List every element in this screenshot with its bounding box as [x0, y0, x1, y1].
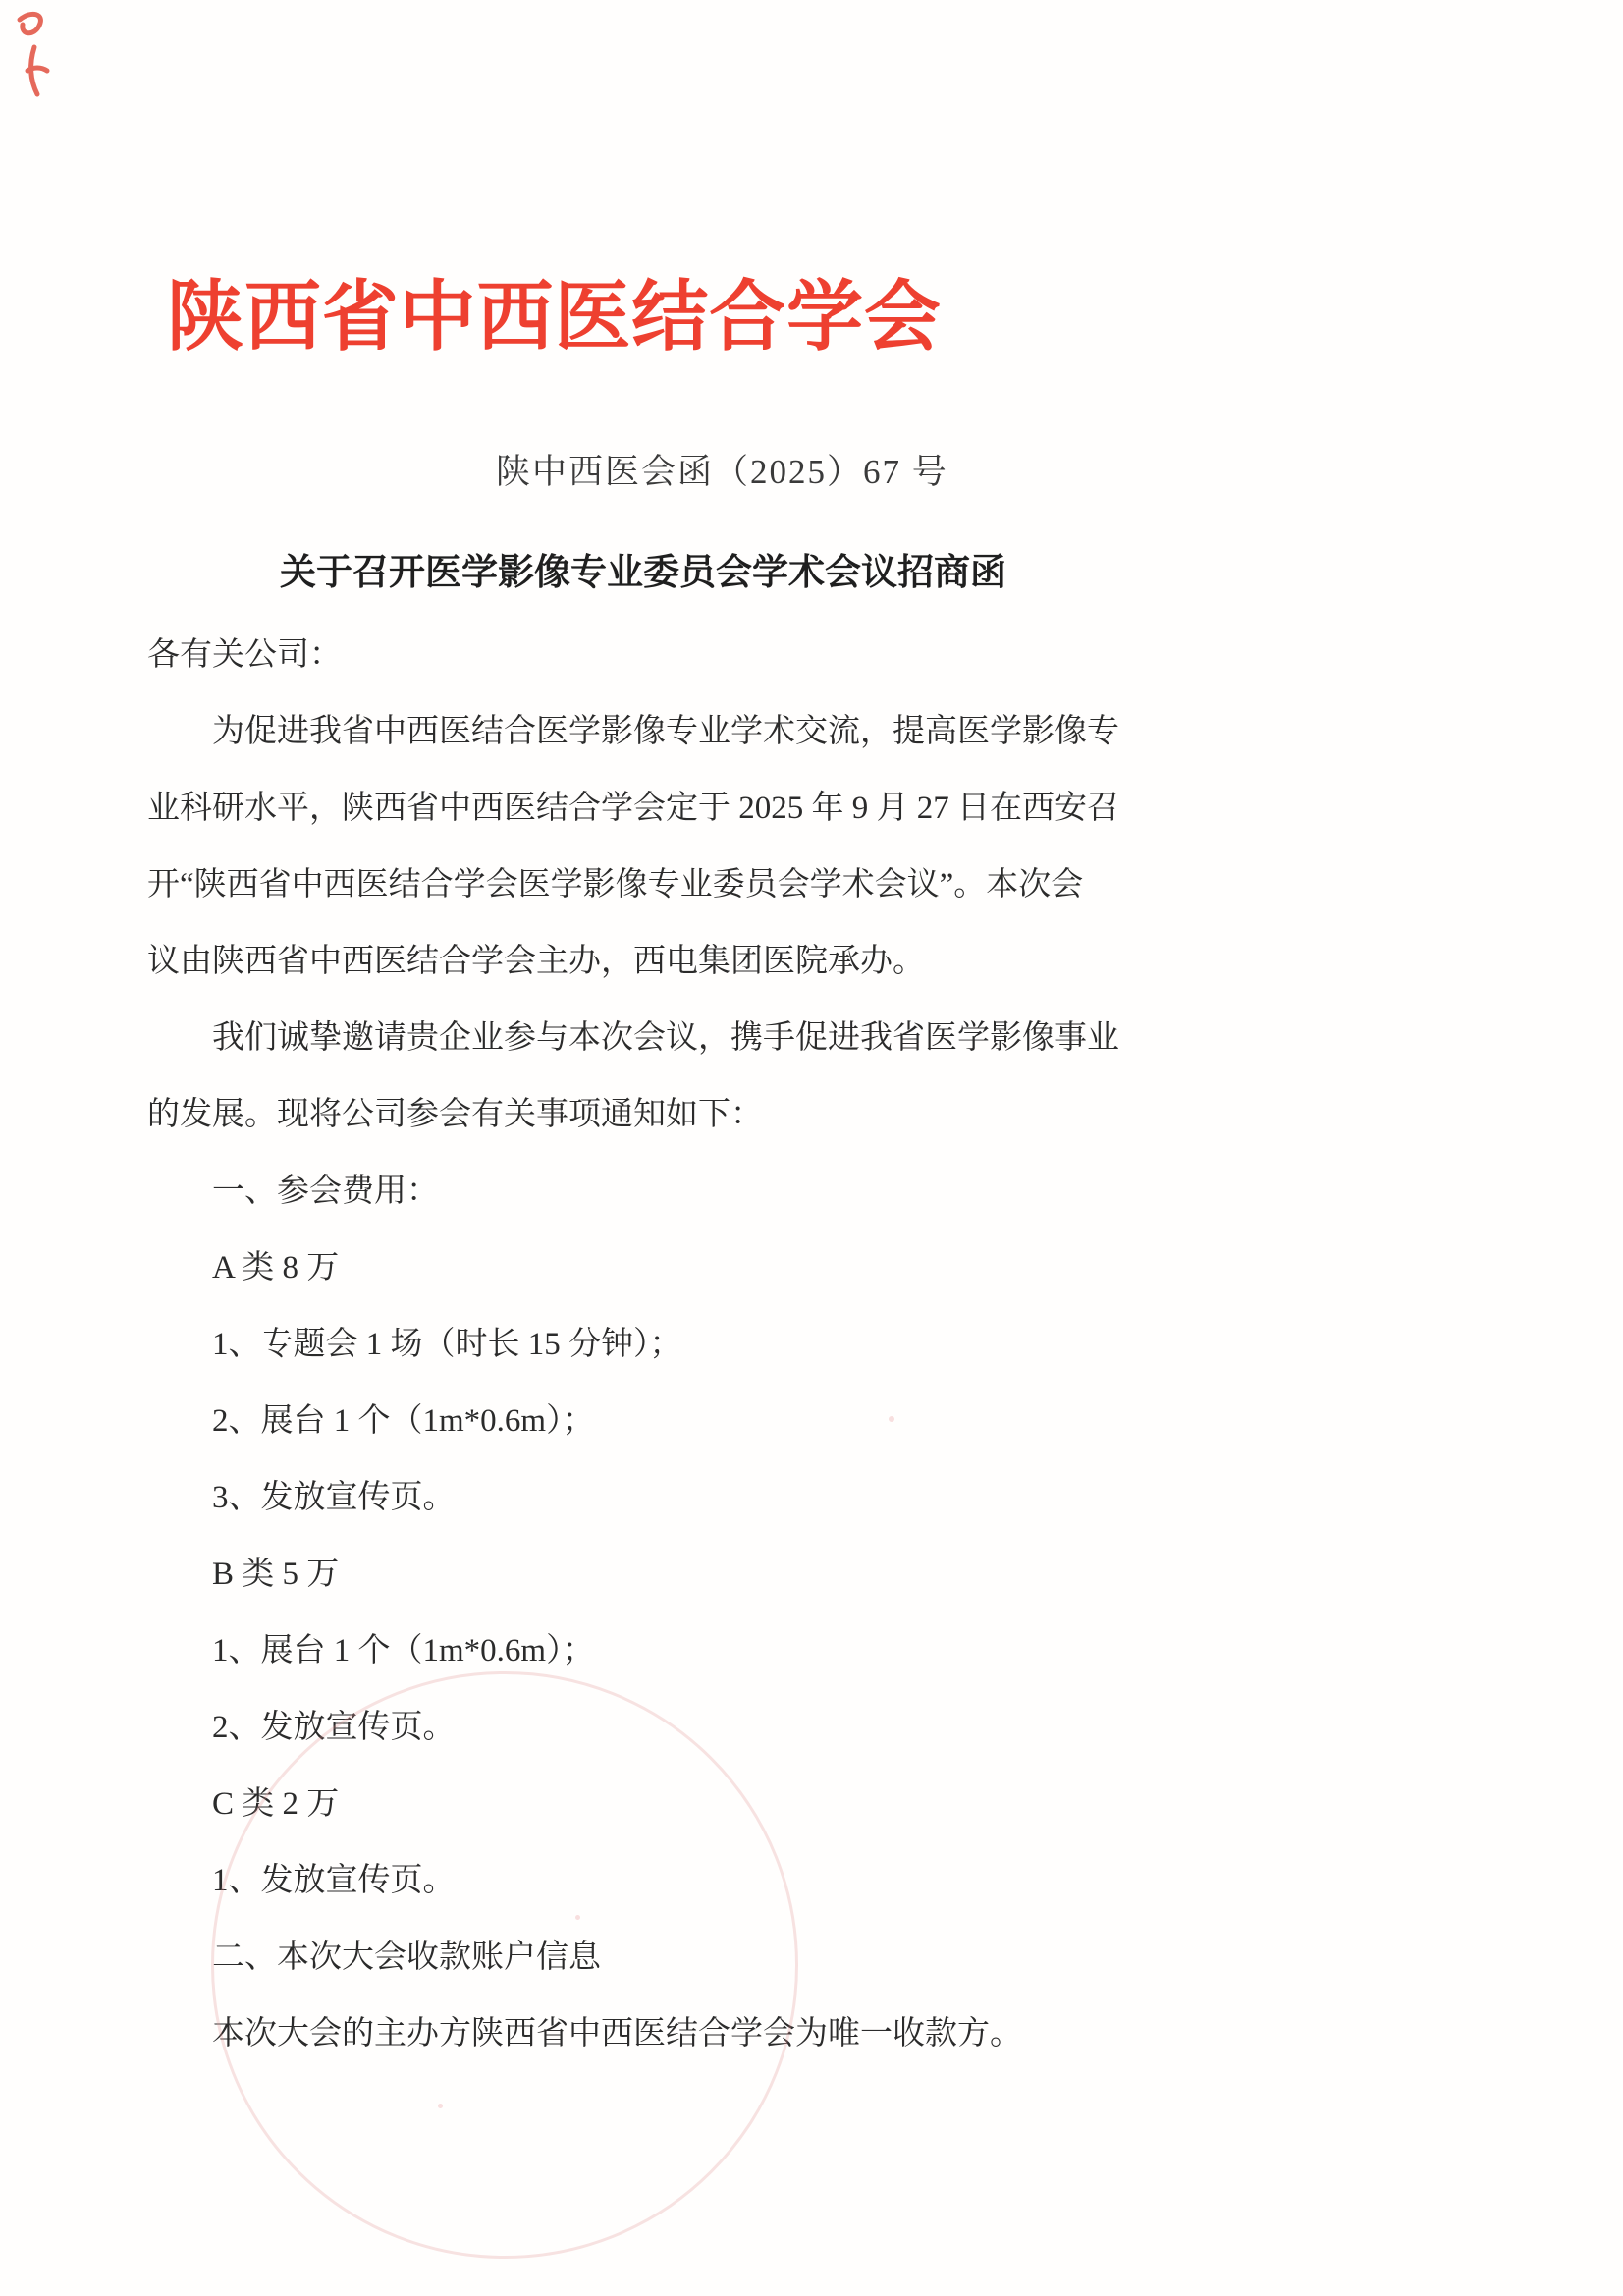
body-line: C 类 2 万: [147, 1766, 1129, 1842]
body-line: 开“陕西省中西医结合学会医学影像专业委员会学术会议”。本次会: [147, 847, 1129, 923]
letter-body: 各有关公司： 为促进我省中西医结合医学影像专业学术交流，提高医学影像专业科研水平…: [147, 617, 1129, 2072]
letterhead-title-char: 中: [400, 271, 476, 363]
body-line: 业科研水平，陕西省中西医结合学会定于 2025 年 9 月 27 日在西安召: [147, 770, 1129, 847]
body-line: 3、发放宣传页。: [147, 1459, 1129, 1536]
letterhead-title-char: 西: [477, 271, 554, 363]
red-pen-marks-icon: [8, 6, 59, 100]
salutation: 各有关公司：: [147, 617, 1129, 693]
scan-speck: [438, 2104, 443, 2108]
body-line: A 类 8 万: [147, 1230, 1129, 1306]
body-line: 1、展台 1 个（1m*0.6m）；: [147, 1613, 1129, 1689]
letterhead-title-char: 陕: [167, 271, 243, 363]
scanned-letter-page: 陕西省中西医结合学会 陕中西医会函（2025）67 号 关于召开医学影像专业委员…: [0, 0, 1623, 2296]
letterhead-title-char: 西: [244, 271, 321, 363]
subject-heading: 关于召开医学影像专业委员会学术会议招商函: [0, 550, 1286, 597]
body-line: 本次大会的主办方陕西省中西医结合学会为唯一收款方。: [147, 1995, 1129, 2072]
body-line: 一、参会费用：: [147, 1153, 1129, 1230]
doc-number: 陕中西医会函（2025）67 号: [496, 452, 948, 493]
body-line: 二、本次大会收款账户信息: [147, 1919, 1129, 1995]
letterhead-title: 陕西省中西医结合学会: [167, 271, 941, 363]
body-line: 的发展。现将公司参会有关事项通知如下：: [147, 1076, 1129, 1153]
letterhead-title-char: 会: [864, 271, 941, 363]
letterhead-title-char: 医: [554, 271, 630, 363]
body-line: 2、发放宣传页。: [147, 1689, 1129, 1766]
body-line: 1、专题会 1 场（时长 15 分钟）；: [147, 1306, 1129, 1383]
body-line: 为促进我省中西医结合医学影像专业学术交流，提高医学影像专: [147, 693, 1129, 770]
body-line: 我们诚挚邀请贵企业参与本次会议，携手促进我省医学影像事业: [147, 1000, 1129, 1076]
body-lines: 为促进我省中西医结合医学影像专业学术交流，提高医学影像专业科研水平，陕西省中西医…: [147, 693, 1129, 2072]
letterhead-title-char: 省: [322, 271, 399, 363]
body-line: 议由陕西省中西医结合学会主办，西电集团医院承办。: [147, 923, 1129, 1000]
body-line: 1、发放宣传页。: [147, 1842, 1129, 1919]
letterhead-title-char: 学: [786, 271, 863, 363]
body-line: B 类 5 万: [147, 1536, 1129, 1613]
letterhead-title-char: 合: [709, 271, 785, 363]
letterhead-title-char: 结: [631, 271, 708, 363]
body-line: 2、展台 1 个（1m*0.6m）；: [147, 1383, 1129, 1459]
